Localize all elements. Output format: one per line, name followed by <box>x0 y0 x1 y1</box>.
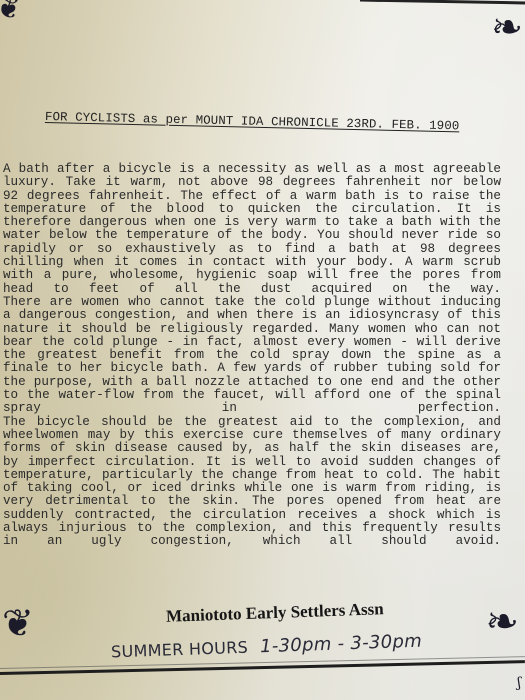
frame-border-top <box>360 0 525 4</box>
summer-hours-value: 1-30pm - 3-30pm <box>260 631 423 658</box>
summer-hours-label: SUMMER HOURS <box>111 638 249 662</box>
paragraph-cold-plunge: There are women who cannot take the cold… <box>3 296 501 416</box>
paragraph-complexion: The bicycle should be the greatest aid t… <box>3 416 501 549</box>
document-title: FOR CYCLISTS as per MOUNT IDA CHRONICLE … <box>45 110 485 134</box>
summer-hours: SUMMER HOURS1-30pm - 3-30pm <box>111 631 423 663</box>
corner-ornament-bottom-left-icon: ❦ <box>2 604 34 642</box>
corner-ornament-top-right-icon: ❧ <box>491 8 523 46</box>
corner-ornament-top-left-icon: ❦ <box>0 0 21 24</box>
article-body: A bath after a bicycle is a necessity as… <box>3 163 501 549</box>
corner-ornament-bottom-right-icon: ❧ <box>485 602 519 642</box>
paragraph-bath: A bath after a bicycle is a necessity as… <box>3 163 501 296</box>
corner-ornament-fragment-icon: ʃ <box>517 676 521 690</box>
organization-name: Maniototo Early Settlers Assn <box>166 599 384 627</box>
